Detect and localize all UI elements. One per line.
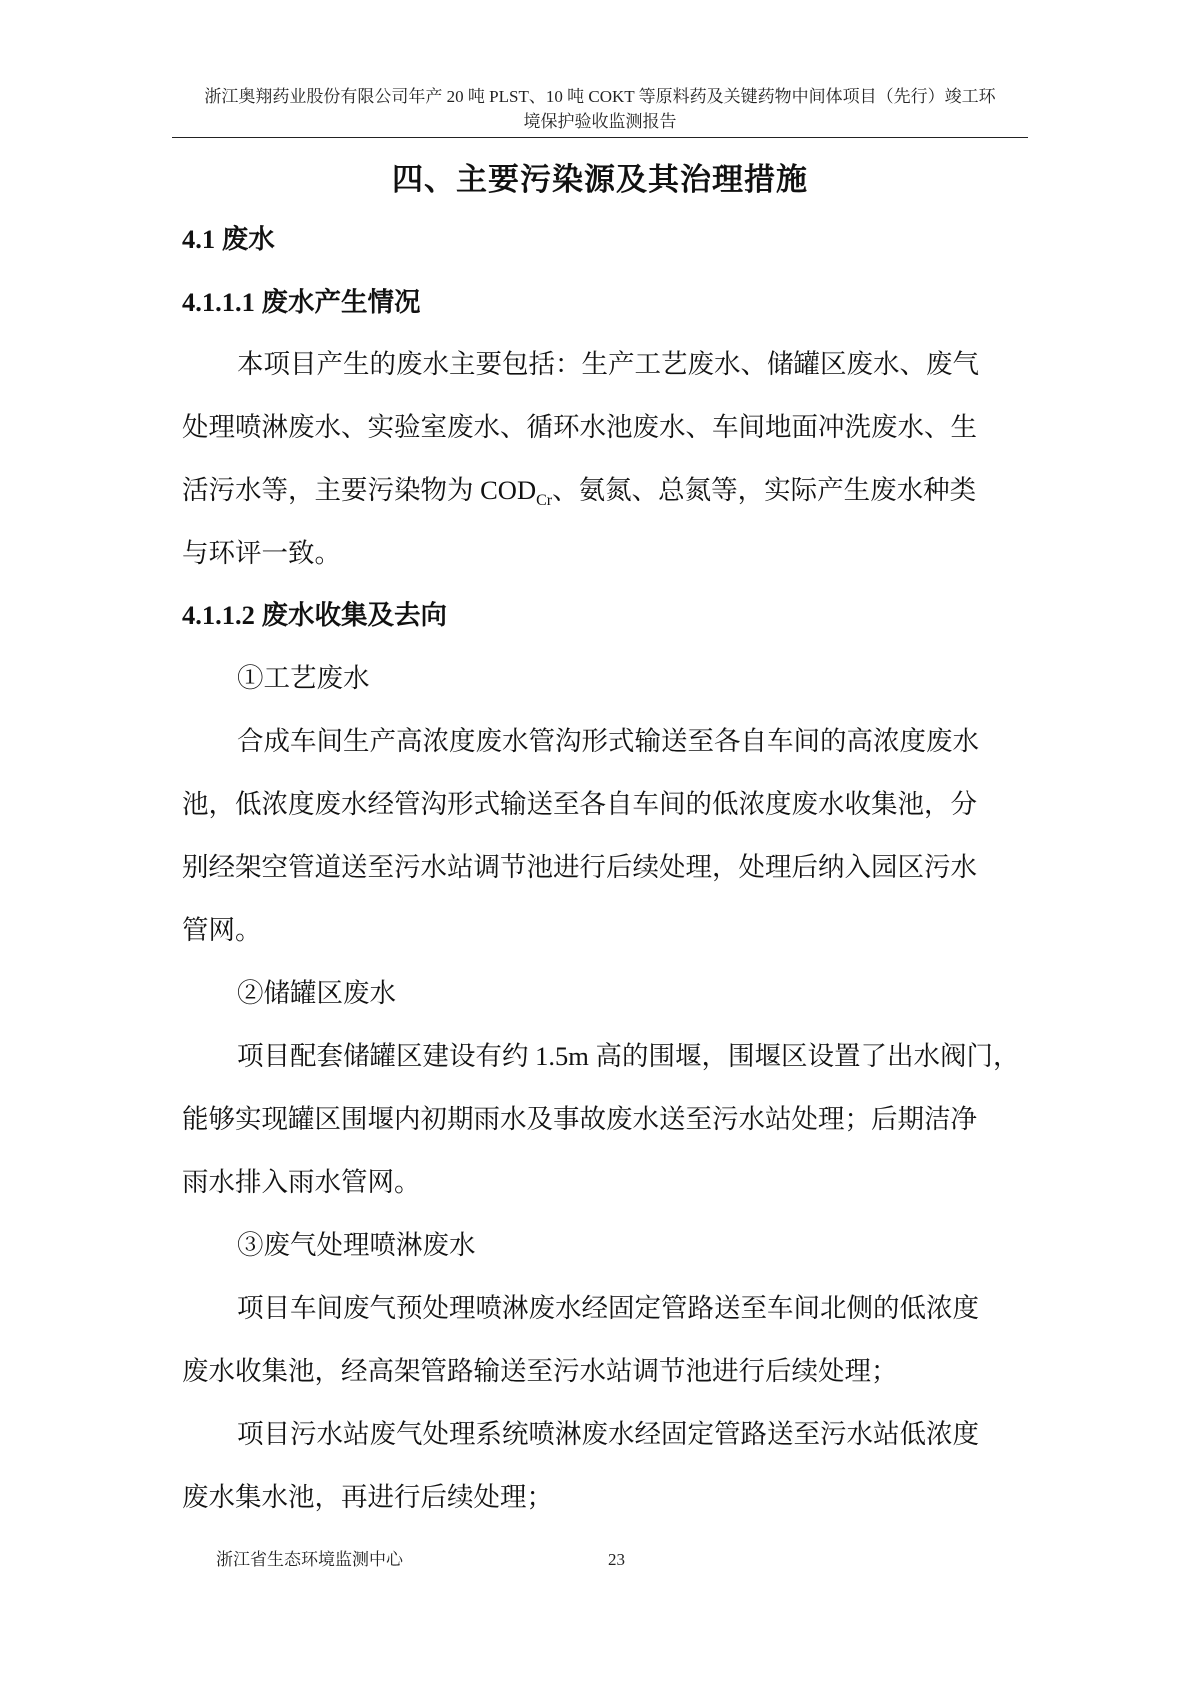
paragraph-line-cod: 活污水等，主要污染物为 CODCr、氨氮、总氮等，实际产生废水种类 bbox=[182, 470, 1022, 510]
paragraph-line: 项目配套储罐区建设有约 1.5m 高的围堰，围堰区设置了出水阀门， bbox=[237, 1036, 1077, 1076]
paragraph-line: 能够实现罐区围堰内初期雨水及事故废水送至污水站处理；后期洁净 bbox=[182, 1099, 1022, 1139]
page-number: 23 bbox=[608, 1548, 625, 1572]
paragraph-line: 处理喷淋废水、实验室废水、循环水池废水、车间地面冲洗废水、生 bbox=[182, 407, 1022, 447]
paragraph-line: 池，低浓度废水经管沟形式输送至各自车间的低浓度废水收集池，分 bbox=[182, 784, 1022, 824]
paragraph-line: 管网。 bbox=[182, 910, 1022, 950]
footer-organization: 浙江省生态环境监测中心 bbox=[216, 1548, 403, 1572]
section-heading-4-1: 4.1 废水 bbox=[182, 219, 1022, 259]
chapter-title: 四、主要污染源及其治理措施 bbox=[172, 158, 1028, 202]
paragraph-line: 雨水排入雨水管网。 bbox=[182, 1162, 1022, 1202]
paragraph-line: 废水收集池，经高架管路输送至污水站调节池进行后续处理； bbox=[182, 1351, 1022, 1391]
section-heading-4-1-1-2: 4.1.1.2 废水收集及去向 bbox=[182, 595, 1022, 635]
text-segment: 活污水等，主要污染物为 COD bbox=[182, 475, 536, 505]
paragraph-line: 项目污水站废气处理系统喷淋废水经固定管路送至污水站低浓度 bbox=[237, 1414, 1077, 1454]
item-label-scrubber-wastewater: ③废气处理喷淋废水 bbox=[237, 1225, 1077, 1265]
running-header-line-1: 浙江奥翔药业股份有限公司年产 20 吨 PLST、10 吨 COKT 等原料药及… bbox=[172, 85, 1028, 109]
paragraph-line: 合成车间生产高浓度废水管沟形式输送至各自车间的高浓度废水 bbox=[237, 721, 1077, 761]
header-rule bbox=[172, 137, 1028, 138]
paragraph-line: 本项目产生的废水主要包括：生产工艺废水、储罐区废水、废气 bbox=[237, 344, 1077, 384]
paragraph-line: 废水集水池，再进行后续处理； bbox=[182, 1477, 1022, 1517]
running-header-line-2: 境保护验收监测报告 bbox=[172, 110, 1028, 134]
section-heading-4-1-1-1: 4.1.1.1 废水产生情况 bbox=[182, 282, 1022, 322]
subscript-cr: Cr bbox=[536, 492, 552, 509]
item-label-tank-area-wastewater: ②储罐区废水 bbox=[237, 973, 1077, 1013]
paragraph-line: 别经架空管道送至污水站调节池进行后续处理，处理后纳入园区污水 bbox=[182, 847, 1022, 887]
paragraph-line: 与环评一致。 bbox=[182, 533, 1022, 573]
text-segment: 、氨氮、总氮等，实际产生废水种类 bbox=[552, 475, 976, 505]
item-label-process-wastewater: ①工艺废水 bbox=[237, 658, 1077, 698]
paragraph-line: 项目车间废气预处理喷淋废水经固定管路送至车间北侧的低浓度 bbox=[237, 1288, 1077, 1328]
